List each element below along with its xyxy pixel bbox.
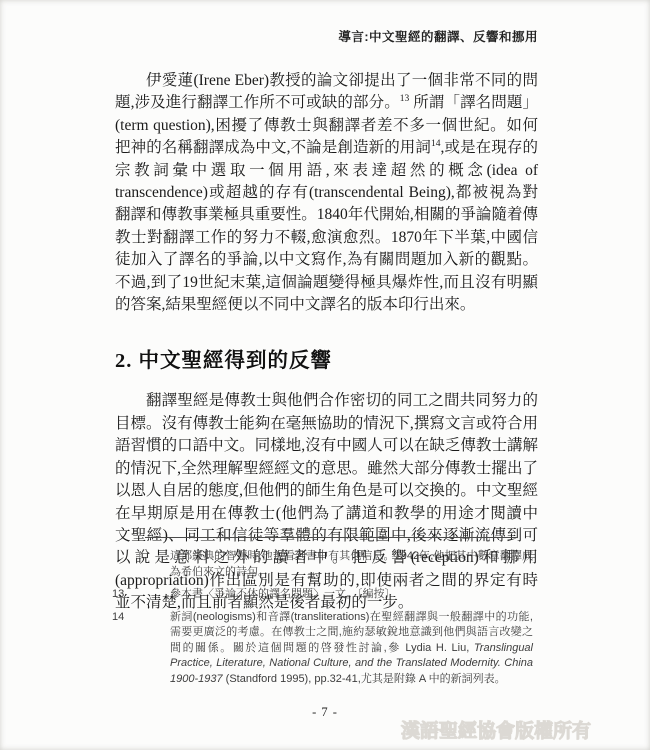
section-heading: 2. 中文聖經得到的反響 (115, 343, 538, 373)
footnote-14: 14 新詞(neologisms)和音譯(transliterations)在聖… (112, 610, 533, 688)
footnote-ref-13: 13 (400, 94, 410, 104)
running-head: 導言:中文聖經的翻譯、反響和挪用 (338, 27, 538, 45)
footnote-ref-14: 14 (431, 139, 441, 149)
footnotes-block: 這部經典的智慧時,他也看到書中有其他信息。1942年,他把其中數章翻譯成為希伯來… (112, 549, 533, 694)
footnote-14-text: 新詞(neologisms)和音譯(transliterations)在聖經翻譯… (170, 610, 533, 688)
footnote-14-number: 14 (112, 610, 170, 688)
copyright-watermark: 漢語聖經協會版權所有 (401, 716, 591, 743)
footnote-13-number: 13 (112, 587, 170, 603)
footnote-14-text-b: (Standford 1995), pp.32-41,尤其是附錄 A 中的新詞列… (223, 673, 506, 685)
book-page: 導言:中文聖經的翻譯、反響和挪用 伊愛蓮(Irene Eber)教授的論文卻提出… (0, 0, 650, 750)
body-text: 伊愛蓮(Irene Eber)教授的論文卻提出了一個非常不同的問題,涉及進行翻譯… (115, 70, 538, 615)
para1-text-c: ,或是在現存的宗教詞彙中選取一個用語,來表達超然的概念(idea of tran… (115, 139, 538, 313)
paragraph-1: 伊愛蓮(Irene Eber)教授的論文卻提出了一個非常不同的問題,涉及進行翻譯… (115, 70, 538, 316)
footnote-continuation: 這部經典的智慧時,他也看到書中有其他信息。1942年,他把其中數章翻譯成為希伯來… (170, 549, 533, 580)
footnote-13: 13 參本書〈爭論不休的譯名問題〉一文。〔編按〕 (112, 587, 533, 603)
footnote-separator (145, 537, 517, 538)
footnote-13-text: 參本書〈爭論不休的譯名問題〉一文。〔編按〕 (170, 587, 533, 603)
